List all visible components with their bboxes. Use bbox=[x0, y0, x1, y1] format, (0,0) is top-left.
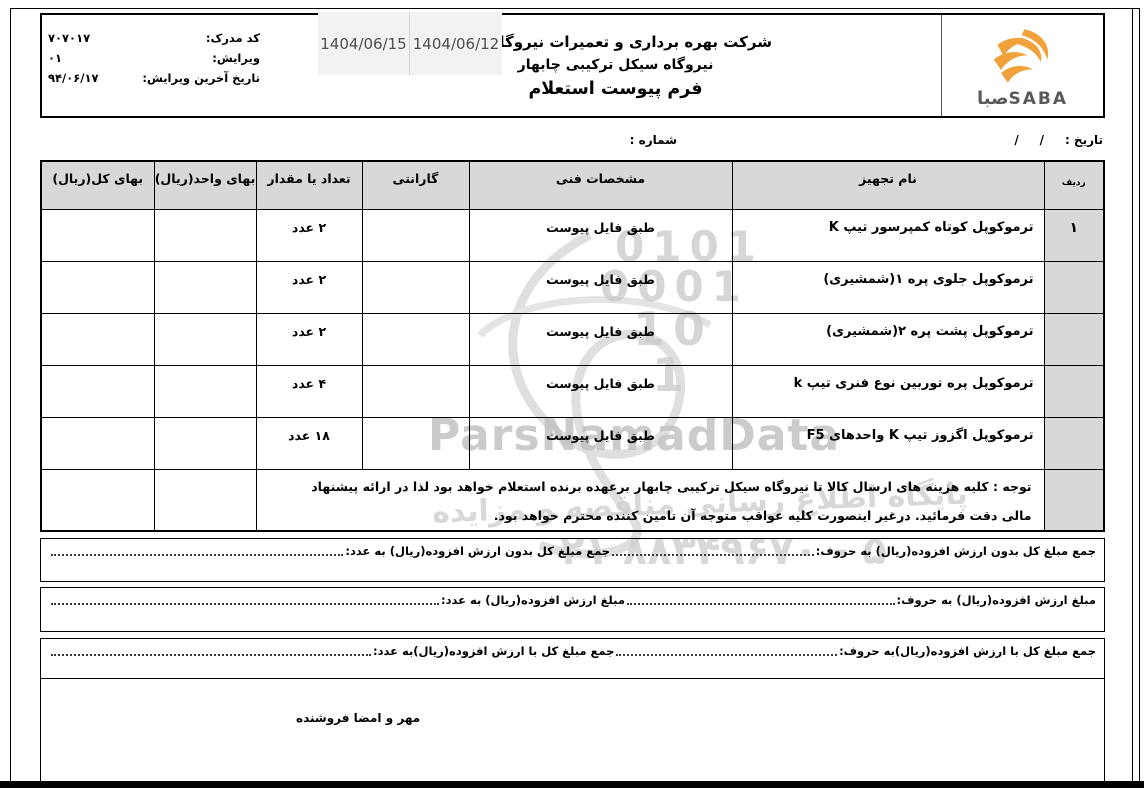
doc-revision-value: ۰۱ bbox=[48, 48, 62, 68]
warranty-cell bbox=[362, 313, 469, 365]
doc-lastedit-value: ۹۴/۰۶/۱۷ bbox=[48, 68, 99, 88]
warranty-cell bbox=[362, 417, 469, 469]
specs-cell: طبق فایل پیوست bbox=[469, 417, 732, 469]
document-info-block: کد مدرک: ۷۰۷۰۱۷ ویرایش: ۰۱ تاریخ آخرین و… bbox=[42, 15, 270, 116]
table-row: ترموکوپل پشت پره ۲(شمشیری) طبق فایل پیوس… bbox=[41, 313, 1104, 365]
saba-logo-text: صباSABA bbox=[977, 90, 1068, 108]
warranty-cell bbox=[362, 261, 469, 313]
equipment-name-cell: ترموکوپل کوتاه کمپرسور تیپ K bbox=[732, 209, 1044, 261]
form-header: صباSABA شرکت بهره برداری و تعمیرات نیروگ… bbox=[40, 13, 1105, 118]
total-price-cell bbox=[41, 365, 154, 417]
doc-code-label: کد مدرک: bbox=[206, 28, 260, 48]
number-field-label: شماره : bbox=[630, 133, 677, 147]
doc-revision-label: ویرایش: bbox=[212, 48, 260, 68]
company-name: شرکت بهره برداری و تعمیرات نیروگاه صبا bbox=[459, 33, 772, 51]
dotted-fill bbox=[612, 554, 814, 556]
date-chip-2[interactable]: 1404/06/12 bbox=[410, 12, 502, 75]
date-field-label: تاریخ : / / bbox=[1014, 133, 1103, 147]
table-header-row: ردیف نام تجهیز مشخصات فنی گارانتی تعداد … bbox=[41, 161, 1104, 209]
row-number-cell bbox=[1044, 365, 1104, 417]
plant-name: نیروگاه سیکل ترکیبی چابهار bbox=[518, 57, 714, 73]
col-header-row-number: ردیف bbox=[1044, 161, 1104, 209]
vat-words-label: مبلغ ارزش افزوده(ریال) به حروف: bbox=[897, 593, 1096, 607]
inquiry-form-page: 0101 0001 10 1 ParsNamadData پایگاه اطلا… bbox=[0, 0, 1144, 788]
vat-digits-label: مبلغ ارزش افزوده(ریال) به عدد: bbox=[441, 593, 625, 607]
equipment-name-cell: ترموکوپل جلوی پره ۱(شمشیری) bbox=[732, 261, 1044, 313]
unit-price-cell bbox=[154, 261, 256, 313]
total-without-vat-words-label: جمع مبلغ کل بدون ارزش افزوده(ریال) به حر… bbox=[816, 544, 1096, 558]
total-with-vat-digits-label: جمع مبلغ کل با ارزش افزوده(ریال)به عدد: bbox=[373, 644, 614, 658]
row-number-cell bbox=[1044, 469, 1104, 531]
quantity-cell: ۴ عدد bbox=[256, 365, 362, 417]
unit-price-cell bbox=[154, 417, 256, 469]
doc-lastedit-label: تاریخ آخرین ویرایش: bbox=[142, 68, 260, 88]
dotted-fill bbox=[51, 554, 343, 556]
total-without-vat-line: جمع مبلغ کل بدون ارزش افزوده(ریال) به حر… bbox=[49, 544, 1096, 558]
dotted-fill bbox=[627, 603, 895, 605]
row-number-cell bbox=[1044, 261, 1104, 313]
table-row: ترموکوپل اگزوز تیپ K واحدهای F5 طبق فایل… bbox=[41, 417, 1104, 469]
specs-cell: طبق فایل پیوست bbox=[469, 365, 732, 417]
total-without-vat-digits-label: جمع مبلغ کل بدون ارزش افزوده(ریال) به عد… bbox=[345, 544, 610, 558]
equipment-name-cell: ترموکوپل پشت پره ۲(شمشیری) bbox=[732, 313, 1044, 365]
form-title: فرم پیوست استعلام bbox=[528, 79, 702, 99]
date-chips: 1404/06/15 1404/06/12 bbox=[318, 12, 502, 75]
specs-cell: طبق فایل پیوست bbox=[469, 313, 732, 365]
total-price-cell bbox=[41, 209, 154, 261]
dotted-fill bbox=[51, 603, 439, 605]
equipment-name-cell: ترموکوپل پره توربین نوع فنری تیپ k bbox=[732, 365, 1044, 417]
unit-price-cell bbox=[154, 365, 256, 417]
date-chip-1[interactable]: 1404/06/15 bbox=[318, 12, 410, 75]
total-price-cell bbox=[41, 469, 154, 531]
warranty-cell bbox=[362, 209, 469, 261]
total-price-cell bbox=[41, 417, 154, 469]
total-with-vat-box: جمع مبلغ کل با ارزش افزوده(ریال)به حروف:… bbox=[40, 638, 1105, 679]
col-header-quantity: تعداد یا مقدار bbox=[256, 161, 362, 209]
specs-cell: طبق فایل پیوست bbox=[469, 209, 732, 261]
row-number-cell: ۱ bbox=[1044, 209, 1104, 261]
total-without-vat-box: جمع مبلغ کل بدون ارزش افزوده(ریال) به حر… bbox=[40, 538, 1105, 582]
saba-logo-latin: SABA bbox=[1009, 89, 1069, 109]
equipment-name-cell: ترموکوپل اگزوز تیپ K واحدهای F5 bbox=[732, 417, 1044, 469]
col-header-specs: مشخصات فنی bbox=[469, 161, 732, 209]
warranty-cell bbox=[362, 365, 469, 417]
page-border-inner-right bbox=[1132, 8, 1133, 781]
form-content: صباSABA شرکت بهره برداری و تعمیرات نیروگ… bbox=[40, 13, 1105, 783]
unit-price-cell bbox=[154, 209, 256, 261]
dotted-fill bbox=[616, 654, 837, 656]
page-bottom-bar bbox=[0, 781, 1144, 788]
doc-revision-row: ویرایش: ۰۱ bbox=[48, 48, 260, 68]
shipping-note: توجه : کلیه هزینه های ارسال کالا تا نیرو… bbox=[256, 469, 1044, 531]
saba-logo-persian: صبا bbox=[977, 88, 1009, 109]
signature-box: مهر و امضا فروشنده bbox=[40, 679, 1105, 783]
note-row: توجه : کلیه هزینه های ارسال کالا تا نیرو… bbox=[41, 469, 1104, 531]
unit-price-cell bbox=[154, 313, 256, 365]
col-header-unit-price: بهای واحد(ریال) bbox=[154, 161, 256, 209]
col-header-warranty: گارانتی bbox=[362, 161, 469, 209]
quantity-cell: ۲ عدد bbox=[256, 313, 362, 365]
total-with-vat-line: جمع مبلغ کل با ارزش افزوده(ریال)به حروف:… bbox=[49, 644, 1096, 658]
vat-amount-line: مبلغ ارزش افزوده(ریال) به حروف: مبلغ ارز… bbox=[49, 593, 1096, 607]
saba-logo-icon bbox=[986, 28, 1060, 88]
total-price-cell bbox=[41, 313, 154, 365]
seller-stamp-signature-label: مهر و امضا فروشنده bbox=[296, 711, 420, 725]
total-with-vat-words-label: جمع مبلغ کل با ارزش افزوده(ریال)به حروف: bbox=[839, 644, 1096, 658]
quantity-cell: ۲ عدد bbox=[256, 261, 362, 313]
table-row: ترموکوپل جلوی پره ۱(شمشیری) طبق فایل پیو… bbox=[41, 261, 1104, 313]
doc-code-row: کد مدرک: ۷۰۷۰۱۷ bbox=[48, 28, 260, 48]
logo-cell: صباSABA bbox=[941, 15, 1103, 116]
total-price-cell bbox=[41, 261, 154, 313]
col-header-total-price: بهای کل(ریال) bbox=[41, 161, 154, 209]
dotted-fill bbox=[51, 654, 371, 656]
doc-code-value: ۷۰۷۰۱۷ bbox=[48, 28, 90, 48]
table-row: ترموکوپل پره توربین نوع فنری تیپ k طبق ف… bbox=[41, 365, 1104, 417]
vat-amount-box: مبلغ ارزش افزوده(ریال) به حروف: مبلغ ارز… bbox=[40, 587, 1105, 632]
items-table: ردیف نام تجهیز مشخصات فنی گارانتی تعداد … bbox=[40, 160, 1105, 532]
table-row: ۱ ترموکوپل کوتاه کمپرسور تیپ K طبق فایل … bbox=[41, 209, 1104, 261]
meta-line: تاریخ : / / شماره : bbox=[40, 131, 1105, 153]
unit-price-cell bbox=[154, 469, 256, 531]
row-number-cell bbox=[1044, 313, 1104, 365]
specs-cell: طبق فایل پیوست bbox=[469, 261, 732, 313]
quantity-cell: ۲ عدد bbox=[256, 209, 362, 261]
quantity-cell: ۱۸ عدد bbox=[256, 417, 362, 469]
row-number-cell bbox=[1044, 417, 1104, 469]
doc-lastedit-row: تاریخ آخرین ویرایش: ۹۴/۰۶/۱۷ bbox=[48, 68, 260, 88]
col-header-equipment-name: نام تجهیز bbox=[732, 161, 1044, 209]
